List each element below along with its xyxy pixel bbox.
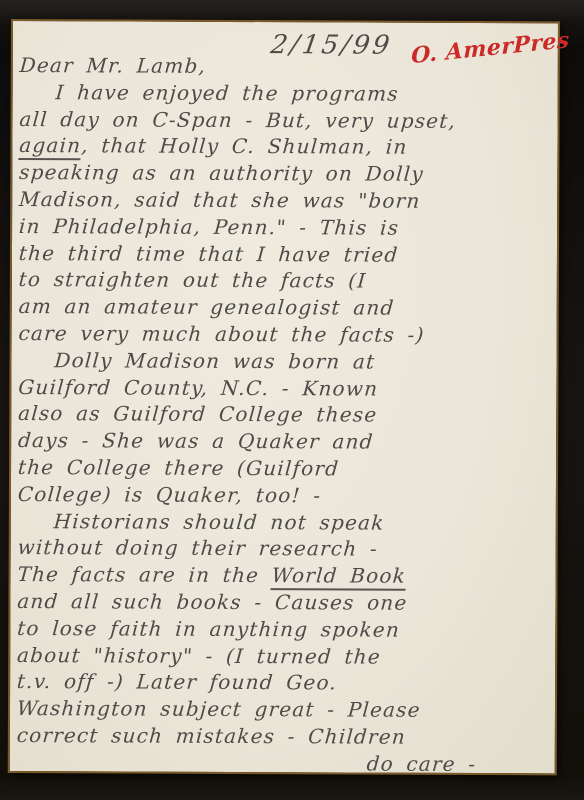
letter-text: Dear Mr. Lamb, — [19, 53, 207, 78]
underlined-text: World Book — [271, 563, 407, 591]
letter-line: the College there (Guilford — [17, 454, 554, 483]
letter-text: to lose faith in anything spoken — [16, 616, 401, 642]
letter-line: in Philadelphia, Penn." - This is — [18, 213, 555, 242]
letter-text: am an amateur genealogist and — [18, 294, 396, 320]
letter-text: correct such mistakes - Children — [16, 723, 407, 749]
letter-line: about "history" - (I turned the — [16, 642, 553, 671]
letter-text: the third time that I have tried — [18, 241, 399, 267]
letter-text: all day on C-Span - But, very upset, — [19, 107, 457, 133]
letter-text: speaking as an authority on Dolly — [18, 160, 424, 186]
letter-line: to lose faith in anything spoken — [16, 615, 553, 644]
letter-line: t.v. off -) Later found Geo. — [16, 668, 553, 697]
letter-body: Dear Mr. Lamb,I have enjoyed the program… — [16, 52, 554, 778]
letter-text: The facts are in the — [17, 562, 273, 587]
letter-text: Historians should not speak — [53, 509, 386, 534]
scan-background: 2/15/99 O. AmerPres Dear Mr. Lamb,I have… — [0, 0, 584, 800]
letter-line: days - She was a Quaker and — [17, 427, 554, 456]
letter-text: , that Holly C. Shulman, in — [80, 134, 408, 159]
letter-text: College) is Quaker, too! - — [17, 482, 322, 507]
letter-line: do care - — [16, 749, 553, 778]
letter-text: days - She was a Quaker and — [17, 428, 374, 454]
letter-text: Dolly Madison was born at — [54, 348, 377, 373]
letter-line: again, that Holly C. Shulman, in — [18, 132, 555, 161]
letter-text: about "history" - (I turned the — [16, 643, 382, 669]
letter-line: Dear Mr. Lamb, — [19, 52, 556, 81]
letter-text: Madison, said that she was "born — [18, 187, 421, 213]
letter-line: the third time that I have tried — [18, 240, 555, 269]
letter-line: correct such mistakes - Children — [16, 722, 553, 751]
letter-line: and all such books - Causes one — [16, 588, 553, 617]
letter-line: Dolly Madison was born at — [17, 347, 554, 376]
letter-line: without doing their research - — [17, 534, 554, 563]
letter-line: am an amateur genealogist and — [18, 293, 555, 322]
letter-line: speaking as an authority on Dolly — [18, 159, 555, 188]
letter-line: College) is Quaker, too! - — [17, 481, 554, 510]
letter-text: in Philadelphia, Penn." - This is — [18, 214, 400, 240]
letter-line: all day on C-Span - But, very upset, — [19, 106, 556, 135]
letter-line: also as Guilford College these — [17, 400, 554, 429]
letter-text: the College there (Guilford — [17, 455, 340, 480]
letter-paper: 2/15/99 O. AmerPres Dear Mr. Lamb,I have… — [8, 19, 560, 775]
letter-text: and all such books - Causes one — [17, 589, 409, 615]
letter-line: care very much about the facts -) — [18, 320, 555, 349]
letter-line: Historians should not speak — [17, 508, 554, 537]
letter-text: do care - — [366, 751, 477, 775]
letter-text: Washington subject great - Please — [16, 696, 422, 722]
letter-text: I have enjoyed the programs — [55, 80, 400, 105]
letter-text: t.v. off -) Later found Geo. — [16, 669, 338, 694]
letter-line: Washington subject great - Please — [16, 695, 553, 724]
letter-line: Guilford County, N.C. - Known — [17, 374, 554, 403]
letter-text: Guilford County, N.C. - Known — [17, 375, 379, 401]
letter-line: The facts are in the World Book — [17, 561, 554, 590]
letter-line: I have enjoyed the programs — [19, 79, 556, 108]
underlined-text: again — [18, 133, 82, 160]
letter-text: to straighten out the facts (I — [18, 267, 368, 293]
letter-line: to straighten out the facts (I — [18, 266, 555, 295]
letter-text: care very much about the facts -) — [18, 321, 426, 347]
letter-text: also as Guilford College these — [17, 401, 378, 427]
letter-text: without doing their research - — [17, 535, 379, 561]
letter-line: Madison, said that she was "born — [18, 186, 555, 215]
